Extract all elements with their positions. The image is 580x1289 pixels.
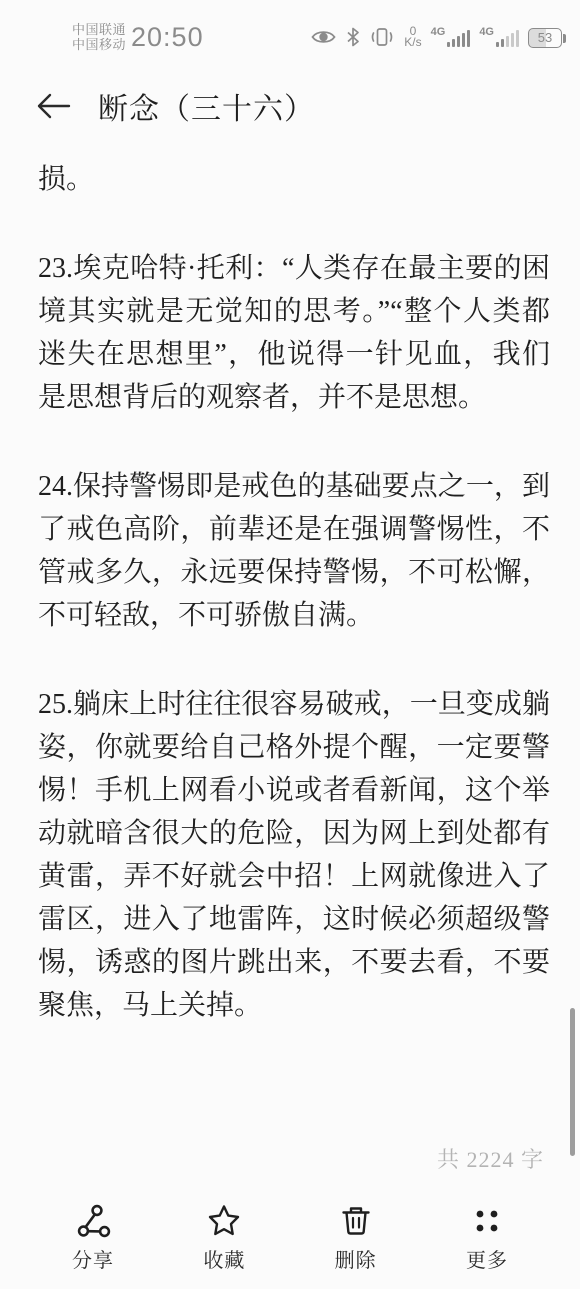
sim2-signal-indicator: 4G — [479, 27, 519, 49]
scrollbar[interactable] — [570, 1008, 575, 1156]
sim1-signal-bars-icon — [447, 30, 470, 47]
star-icon — [206, 1203, 242, 1239]
more-label: 更多 — [466, 1244, 508, 1273]
note-body: 损。 23.埃克哈特·托利：“人类存在最主要的困境其实就是无觉知的思考。”“整个… — [0, 150, 580, 1190]
bottom-toolbar: 分享 收藏 删除 更多 — [0, 1190, 580, 1289]
page-title: 断念（三十六） — [98, 84, 315, 128]
word-count: 共 2224 字 — [437, 1143, 544, 1174]
more-button[interactable]: 更多 — [452, 1203, 522, 1273]
bluetooth-icon — [346, 25, 360, 49]
delete-button[interactable]: 删除 — [321, 1203, 391, 1273]
paragraph: 23.埃克哈特·托利：“人类存在最主要的困境其实就是无觉知的思考。”“整个人类都… — [38, 247, 550, 419]
status-bar: 中国联通 中国移动 20:50 0 K/s 4G — [0, 0, 580, 62]
favorite-button[interactable]: 收藏 — [189, 1203, 259, 1273]
trash-icon — [338, 1203, 374, 1239]
title-bar: 断念（三十六） — [0, 62, 580, 150]
favorite-label: 收藏 — [203, 1244, 245, 1273]
sim2-network-type: 4G — [479, 27, 494, 37]
sim2-signal-bars-icon — [496, 30, 519, 47]
share-button[interactable]: 分享 — [58, 1203, 128, 1273]
arrow-left-icon — [36, 92, 72, 120]
share-icon — [75, 1203, 111, 1239]
carrier-line-2: 中国移动 — [72, 37, 126, 52]
sim1-network-type: 4G — [431, 27, 446, 37]
network-speed-indicator: 0 K/s — [404, 26, 421, 49]
paragraph: 24.保持警惕即是戒色的基础要点之一，到了戒色高阶，前辈还是在强调警惕性，不管戒… — [38, 465, 550, 637]
carrier-names: 中国联通 中国移动 — [72, 22, 126, 52]
battery-percent: 53 — [528, 28, 562, 48]
status-clock: 20:50 — [131, 22, 204, 53]
vibrate-icon — [369, 25, 395, 49]
carrier-line-1: 中国联通 — [72, 22, 126, 37]
back-button[interactable] — [36, 89, 76, 123]
battery-icon: 53 — [528, 28, 566, 49]
more-dots-icon — [469, 1203, 505, 1239]
share-label: 分享 — [72, 1244, 114, 1273]
network-speed-unit: K/s — [404, 37, 421, 48]
delete-label: 删除 — [335, 1244, 377, 1273]
eye-comfort-icon — [310, 25, 337, 49]
paragraph: 25.躺床上时往往很容易破戒，一旦变成躺姿，你就要给自己格外提个醒，一定要警惕！… — [38, 683, 550, 1027]
paragraph: 损。 — [38, 158, 550, 201]
sim1-signal-indicator: 4G — [431, 27, 471, 49]
